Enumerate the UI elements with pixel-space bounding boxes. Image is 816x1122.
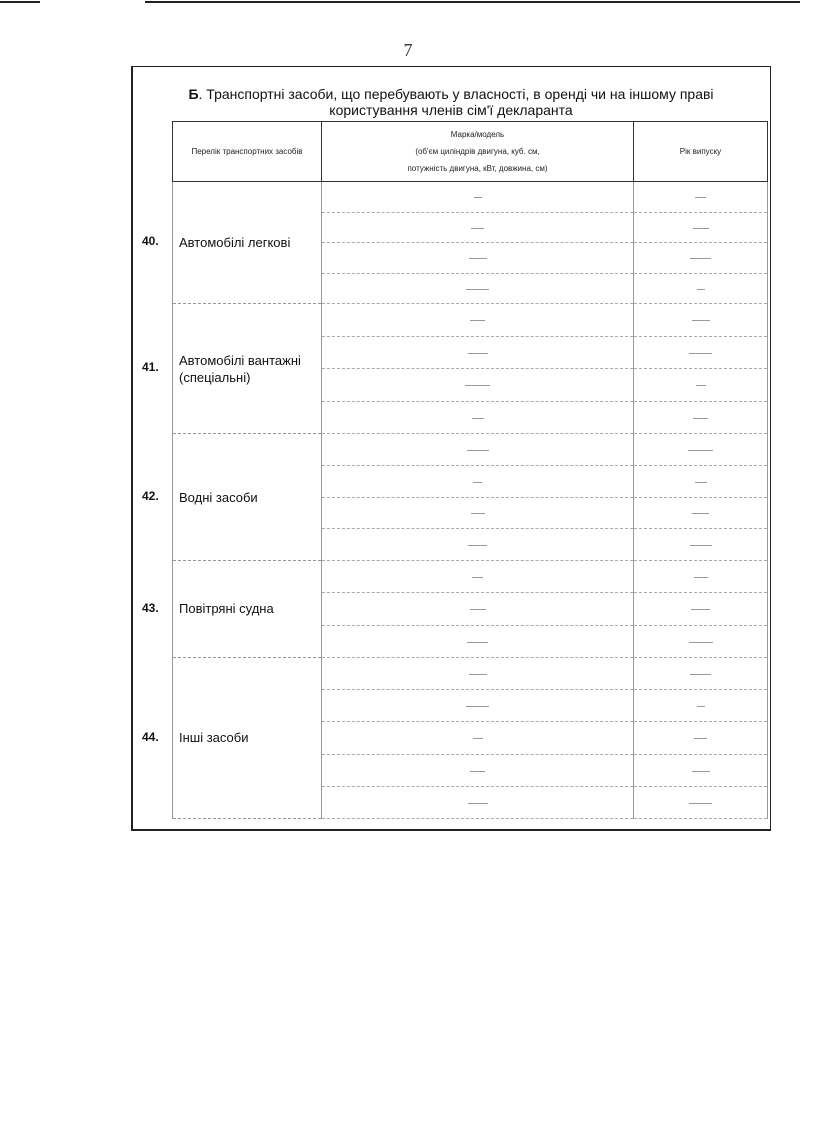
redacted-mark	[697, 289, 705, 290]
section-title: Б. Транспортні засоби, що перебувають у …	[131, 86, 771, 118]
redacted-mark	[695, 482, 707, 483]
brand-model-cell	[322, 657, 634, 689]
redacted-mark	[466, 289, 489, 290]
redacted-mark	[697, 706, 705, 707]
category-number: 41.	[142, 360, 159, 374]
table-header-row: Перелік транспортних засобів Марка/модел…	[173, 122, 768, 182]
header-brand: Марка/модель (об'єм циліндрів двигуна, к…	[322, 122, 634, 182]
table-row: Водні засоби	[173, 434, 768, 466]
brand-model-cell	[322, 243, 634, 274]
category-label: Інші засоби	[173, 729, 321, 746]
brand-model-cell	[322, 690, 634, 722]
year-cell	[634, 561, 768, 593]
category-label: Автомобілі вантажні (спеціальні)	[173, 352, 321, 386]
year-cell	[634, 401, 768, 434]
section-title-text: . Транспортні засоби, що перебувають у в…	[199, 86, 714, 102]
table-row: Повітряні судна	[173, 561, 768, 593]
header-year: Рік випуску	[634, 122, 768, 182]
redacted-mark	[466, 706, 489, 707]
category-label: Автомобілі легкові	[173, 234, 321, 251]
year-cell	[634, 722, 768, 754]
category-number: 40.	[142, 234, 159, 248]
redacted-mark	[693, 228, 709, 229]
redacted-mark	[692, 513, 709, 514]
year-cell	[634, 625, 768, 657]
scan-edge-line	[145, 1, 800, 3]
page-number: 7	[0, 40, 816, 61]
redacted-mark	[690, 674, 711, 675]
year-cell	[634, 465, 768, 497]
year-cell	[634, 786, 768, 818]
brand-model-cell	[322, 212, 634, 243]
brand-model-cell	[322, 304, 634, 337]
brand-model-cell	[322, 754, 634, 786]
redacted-mark	[694, 577, 708, 578]
redacted-mark	[469, 258, 487, 259]
brand-model-cell	[322, 434, 634, 466]
redacted-mark	[471, 513, 485, 514]
header-brand-line3: потужність двигуна, кВт, довжина, см)	[322, 160, 633, 177]
redacted-mark	[690, 258, 711, 259]
redacted-mark	[474, 197, 482, 198]
brand-model-cell	[322, 561, 634, 593]
category-cell: Автомобілі легкові	[173, 182, 322, 304]
table-row: Автомобілі легкові	[173, 182, 768, 213]
year-cell	[634, 336, 768, 369]
redacted-mark	[689, 353, 712, 354]
redacted-mark	[473, 482, 482, 483]
redacted-mark	[468, 803, 488, 804]
section-letter: Б	[188, 86, 198, 102]
year-cell	[634, 273, 768, 304]
redacted-mark	[688, 450, 713, 451]
brand-model-cell	[322, 625, 634, 657]
brand-model-cell	[322, 465, 634, 497]
category-cell: Автомобілі вантажні (спеціальні)	[173, 304, 322, 434]
redacted-mark	[465, 385, 490, 386]
redacted-mark	[467, 642, 488, 643]
brand-model-cell	[322, 182, 634, 213]
brand-model-cell	[322, 593, 634, 625]
section-title-line2: користування членів сім'ї декларанта	[329, 102, 572, 118]
brand-model-cell	[322, 369, 634, 402]
category-label: Повітряні судна	[173, 600, 321, 617]
redacted-mark	[472, 418, 484, 419]
redacted-mark	[470, 771, 485, 772]
brand-model-cell	[322, 273, 634, 304]
category-number: 42.	[142, 489, 159, 503]
year-cell	[634, 754, 768, 786]
category-cell: Повітряні судна	[173, 561, 322, 658]
header-brand-line2: (об'єм циліндрів двигуна, куб. см,	[322, 143, 633, 160]
category-cell: Водні засоби	[173, 434, 322, 561]
year-cell	[634, 182, 768, 213]
redacted-mark	[693, 418, 708, 419]
redacted-mark	[694, 738, 707, 739]
redacted-mark	[470, 609, 486, 610]
header-list: Перелік транспортних засобів	[173, 122, 322, 182]
year-cell	[634, 497, 768, 529]
redacted-mark	[472, 577, 483, 578]
year-cell	[634, 593, 768, 625]
header-brand-line1: Марка/модель	[322, 126, 633, 143]
brand-model-cell	[322, 401, 634, 434]
scan-edge-line	[0, 1, 40, 3]
redacted-mark	[692, 771, 710, 772]
brand-model-cell	[322, 497, 634, 529]
redacted-mark	[695, 197, 706, 198]
vehicles-table: Перелік транспортних засобів Марка/модел…	[172, 121, 768, 819]
table-body: Автомобілі легковіАвтомобілі вантажні (с…	[173, 182, 768, 819]
redacted-mark	[471, 228, 484, 229]
redacted-mark	[691, 609, 710, 610]
redacted-mark	[470, 320, 485, 321]
redacted-mark	[692, 320, 710, 321]
table-row: Автомобілі вантажні (спеціальні)	[173, 304, 768, 337]
brand-model-cell	[322, 529, 634, 561]
year-cell	[634, 657, 768, 689]
category-label: Водні засоби	[173, 489, 321, 506]
category-number: 44.	[142, 730, 159, 744]
brand-model-cell	[322, 336, 634, 369]
redacted-mark	[469, 674, 487, 675]
redacted-mark	[689, 803, 712, 804]
year-cell	[634, 369, 768, 402]
category-number: 43.	[142, 601, 159, 615]
redacted-mark	[689, 642, 713, 643]
redacted-mark	[690, 545, 712, 546]
year-cell	[634, 212, 768, 243]
year-cell	[634, 243, 768, 274]
category-cell: Інші засоби	[173, 657, 322, 818]
table-row: Інші засоби	[173, 657, 768, 689]
redacted-mark	[468, 545, 487, 546]
year-cell	[634, 690, 768, 722]
year-cell	[634, 434, 768, 466]
brand-model-cell	[322, 786, 634, 818]
brand-model-cell	[322, 722, 634, 754]
year-cell	[634, 529, 768, 561]
redacted-mark	[473, 738, 483, 739]
redacted-mark	[467, 450, 489, 451]
year-cell	[634, 304, 768, 337]
redacted-mark	[696, 385, 706, 386]
redacted-mark	[468, 353, 488, 354]
